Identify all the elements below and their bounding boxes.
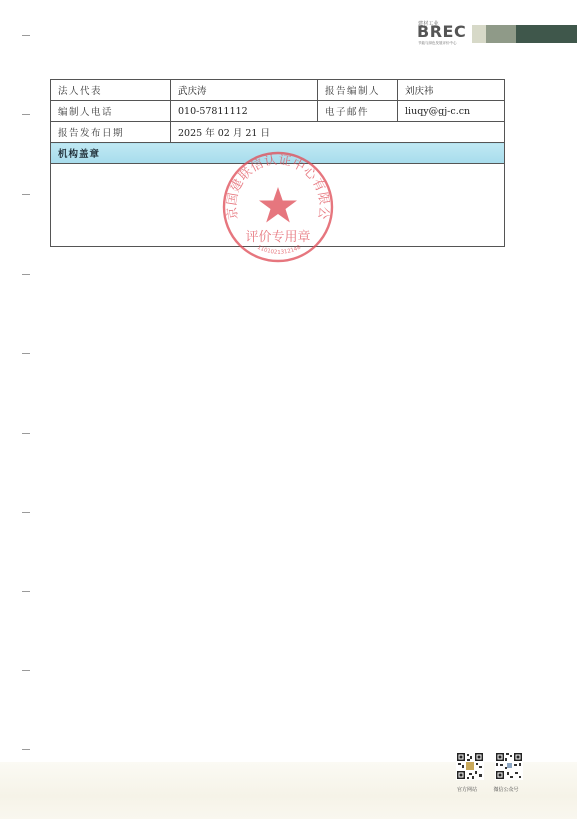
table-row xyxy=(51,164,505,247)
table-row: 编制人电话 010-57811112 电子邮件 liuqy@gj-c.cn xyxy=(51,101,505,122)
margin-tick xyxy=(22,114,30,115)
qr-official-website[interactable]: 官方网站 xyxy=(456,752,484,793)
margin-tick xyxy=(22,749,30,750)
publish-date-value: 2025 年 02 月 21 日 xyxy=(171,122,505,143)
header-color-band xyxy=(472,25,486,43)
qr-caption: 微信公众号 xyxy=(492,786,520,793)
seal-section-title: 机构盖章 xyxy=(51,143,505,164)
table-row: 报告发布日期 2025 年 02 月 21 日 xyxy=(51,122,505,143)
margin-tick xyxy=(22,35,30,36)
qr-caption: 官方网站 xyxy=(453,786,481,793)
table-row: 机构盖章 xyxy=(51,143,505,164)
margin-tick xyxy=(22,194,30,195)
header-color-band xyxy=(486,25,516,43)
qr-code-icon xyxy=(456,752,484,780)
margin-tick xyxy=(22,353,30,354)
page-bottom-shading xyxy=(0,762,577,819)
margin-tick xyxy=(22,591,30,592)
margin-tick xyxy=(22,433,30,434)
margin-tick xyxy=(22,274,30,275)
header-color-band xyxy=(516,25,577,43)
email-label: 电子邮件 xyxy=(318,101,398,122)
logo-main-text: BREC xyxy=(417,24,466,40)
email-value: liuqy@gj-c.cn xyxy=(398,101,505,122)
logo-sub-text: 节能与绿色发展评价中心 xyxy=(418,41,457,46)
margin-tick xyxy=(22,670,30,671)
report-info-table: 法人代表 武庆涛 报告编制人 刘庆祎 编制人电话 010-57811112 电子… xyxy=(50,79,505,247)
report-author-label: 报告编制人 xyxy=(318,80,398,101)
legal-representative-value: 武庆涛 xyxy=(171,80,318,101)
report-author-value: 刘庆祎 xyxy=(398,80,505,101)
qr-wechat-account[interactable]: 微信公众号 xyxy=(495,752,523,793)
publish-date-label: 报告发布日期 xyxy=(51,122,171,143)
margin-tick xyxy=(22,512,30,513)
qr-code-icon xyxy=(495,752,523,780)
seal-area xyxy=(51,164,505,247)
legal-representative-label: 法人代表 xyxy=(51,80,171,101)
table-row: 法人代表 武庆涛 报告编制人 刘庆祎 xyxy=(51,80,505,101)
author-phone-label: 编制人电话 xyxy=(51,101,171,122)
brec-logo: 建材工业 BREC 节能与绿色发展评价中心 xyxy=(418,20,466,46)
author-phone-value: 010-57811112 xyxy=(171,101,318,122)
